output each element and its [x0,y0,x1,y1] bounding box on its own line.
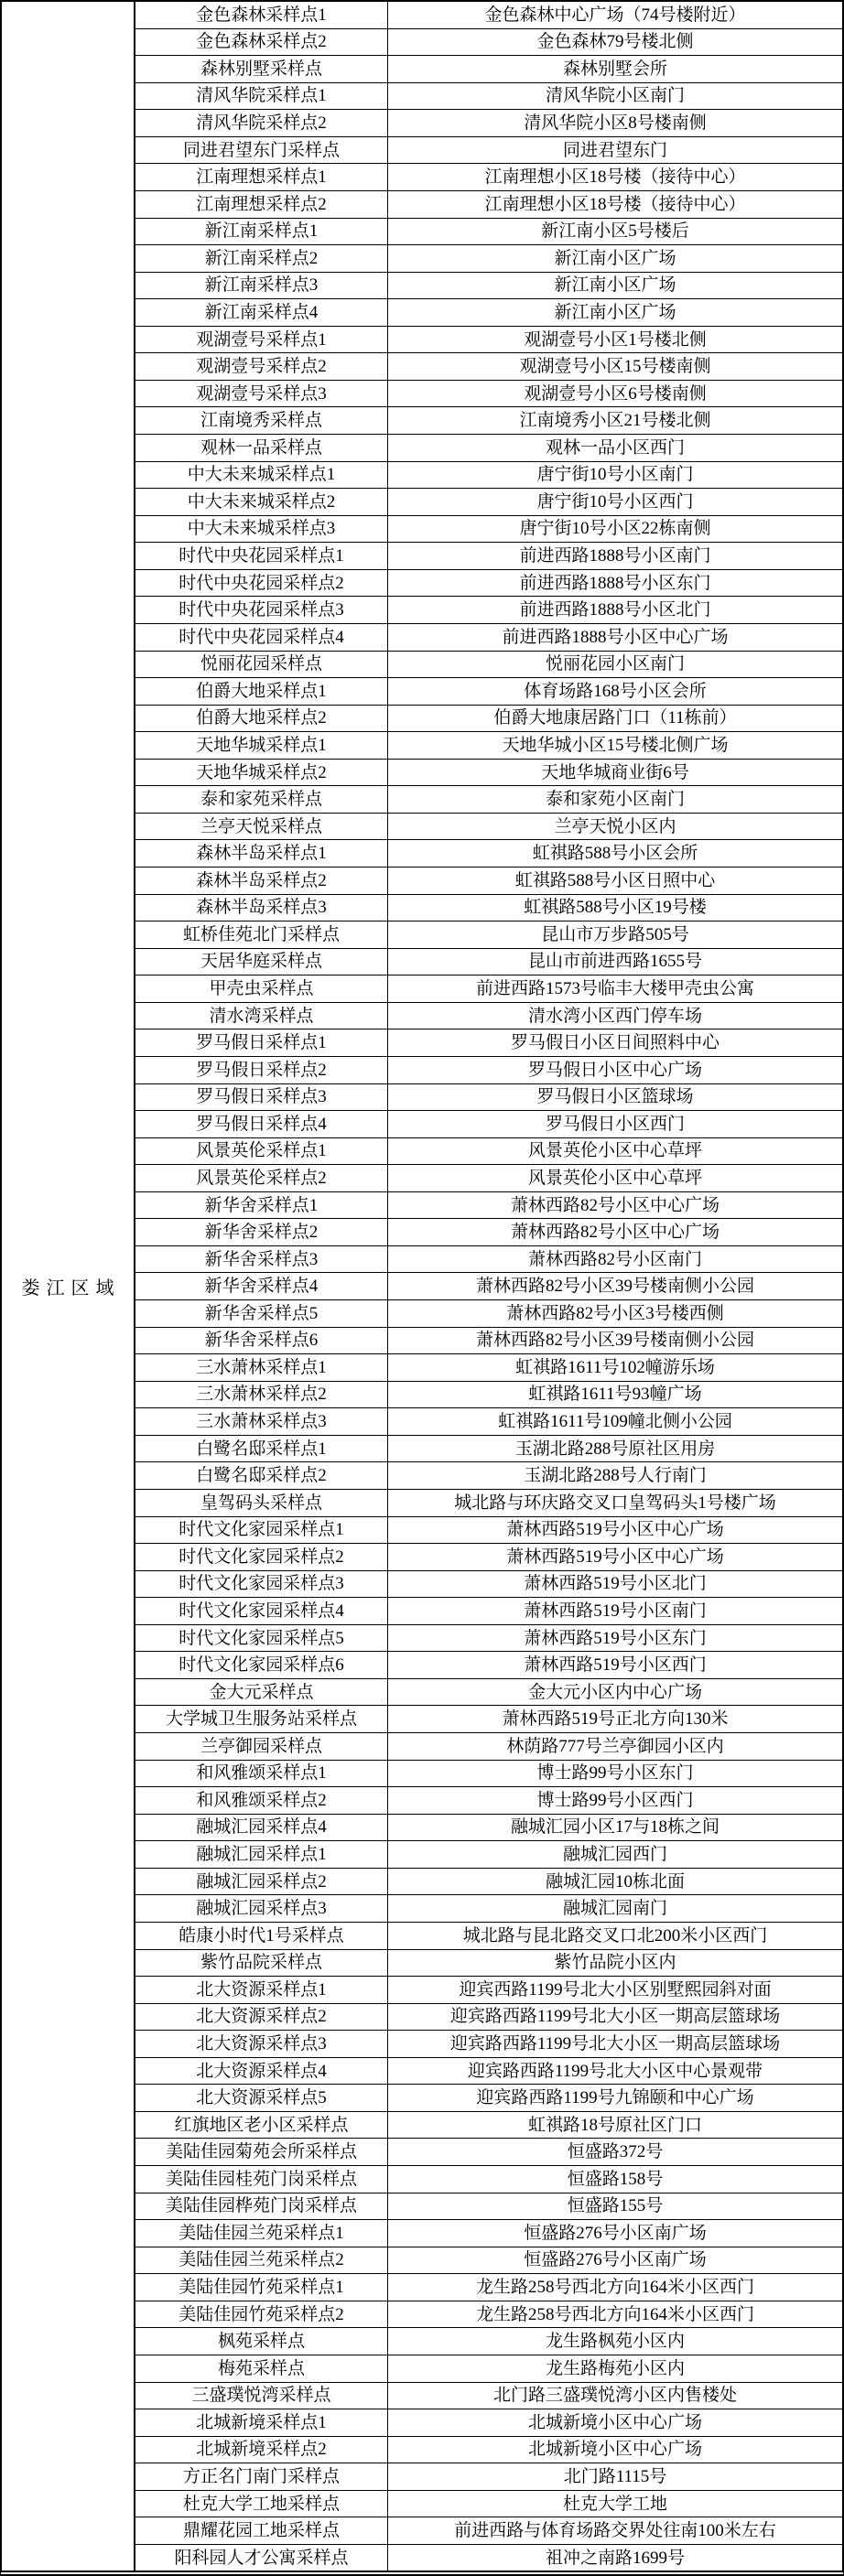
table-row: 融城汇园采样点1 融城汇园西门 [135,1841,842,1869]
table-row: 三水萧林采样点1 虹祺路1611号102幢游乐场 [135,1354,842,1382]
site-name-cell: 新华舍采样点6 [135,1328,388,1354]
region-cell: 娄江区域 [2,2,135,2571]
site-name-cell: 融城汇园采样点3 [135,1895,388,1922]
table-row: 时代文化家园采样点2 萧林西路519号小区中心广场 [135,1544,842,1571]
site-name-cell: 伯爵大地采样点2 [135,706,388,732]
table-row: 大学城卫生服务站采样点 萧林西路519号正北方向130米 [135,1706,842,1733]
site-name-cell: 北城新境采样点2 [135,2437,388,2463]
site-address-cell: 金色森林中心广场（74号楼附近） [388,2,842,28]
site-address-cell: 罗马假日小区日间照料中心 [388,1029,842,1056]
site-name-cell: 风景英伦采样点2 [135,1165,388,1191]
table-row: 紫竹品院采样点 紫竹品院小区内 [135,1950,842,1978]
sampling-points-table: 娄江区域 金色森林采样点1 金色森林中心广场（74号楼附近） 金色森林采样点2 … [0,0,844,2576]
site-address-cell: 萧林西路519号小区南门 [388,1598,842,1624]
site-address-cell: 萧林西路82号小区南门 [388,1246,842,1273]
site-address-cell: 虹祺路1611号109幢北侧小公园 [388,1408,842,1435]
site-address-cell: 清水湾小区西门停车场 [388,1003,842,1029]
site-address-cell: 森林别墅会所 [388,56,842,82]
table-row: 天居华庭采样点 昆山市前进西路1655号 [135,949,842,976]
table-row: 泰和家苑采样点 泰和家苑小区南门 [135,786,842,814]
table-row: 新江南采样点1 新江南小区5号楼后 [135,219,842,246]
table-row: 新华舍采样点5 萧林西路82号小区3号楼西侧 [135,1300,842,1328]
table-row: 虹桥佳苑北门采样点 昆山市万步路505号 [135,922,842,949]
site-address-cell: 博士路99号小区东门 [388,1761,842,1787]
site-address-cell: 金色森林79号楼北侧 [388,29,842,56]
site-name-cell: 美陆佳园桂苑门岗采样点 [135,2166,388,2193]
table-row: 北城新境采样点2 北城新境小区中心广场 [135,2437,842,2464]
site-name-cell: 江南理想采样点1 [135,164,388,190]
site-address-cell: 博士路99号小区西门 [388,1787,842,1814]
site-name-cell: 金大元采样点 [135,1679,388,1706]
table-row: 红旗地区老小区采样点 虹祺路18号原社区门口 [135,2112,842,2139]
site-name-cell: 三盛璞悦湾采样点 [135,2383,388,2409]
table-row: 美陆佳园竹苑采样点1 龙生路258号西北方向164米小区西门 [135,2274,842,2301]
site-name-cell: 悦丽花园采样点 [135,652,388,678]
site-name-cell: 观湖壹号采样点2 [135,353,388,380]
site-name-cell: 新华舍采样点4 [135,1273,388,1299]
site-name-cell: 兰亭天悦采样点 [135,814,388,840]
site-address-cell: 恒盛路158号 [388,2166,842,2193]
site-address-cell: 城北路与昆北路交叉口北200米小区西门 [388,1923,842,1949]
site-name-cell: 虹桥佳苑北门采样点 [135,922,388,948]
table-row: 皓康小时代1号采样点 城北路与昆北路交叉口北200米小区西门 [135,1923,842,1950]
table-row: 森林半岛采样点1 虹祺路588号小区会所 [135,840,842,868]
site-address-cell: 风景英伦小区中心草坪 [388,1165,842,1191]
table-row: 森林半岛采样点2 虹祺路588号小区日照中心 [135,868,842,895]
region-label: 娄江区域 [16,1273,121,1299]
site-name-cell: 白鹭名邸采样点2 [135,1462,388,1489]
table-row: 时代文化家园采样点4 萧林西路519号小区南门 [135,1598,842,1625]
site-name-cell: 清水湾采样点 [135,1003,388,1029]
site-name-cell: 江南理想采样点2 [135,191,388,218]
table-row: 美陆佳园兰苑采样点1 恒盛路276号小区南广场 [135,2220,842,2247]
site-name-cell: 江南境秀采样点 [135,407,388,434]
site-address-cell: 萧林西路519号小区中心广场 [388,1517,842,1544]
site-address-cell: 昆山市万步路505号 [388,922,842,948]
table-row: 罗马假日采样点3 罗马假日小区篮球场 [135,1084,842,1112]
site-name-cell: 北大资源采样点3 [135,2031,388,2057]
site-address-cell: 龙生路258号西北方向164米小区西门 [388,2274,842,2301]
table-row: 新江南采样点3 新江南小区广场 [135,273,842,300]
site-address-cell: 萧林西路82号小区3号楼西侧 [388,1300,842,1327]
table-row: 杜克大学工地采样点 杜克大学工地 [135,2491,842,2518]
table-row: 罗马假日采样点1 罗马假日小区日间照料中心 [135,1029,842,1057]
site-name-cell: 天地华城采样点2 [135,760,388,786]
table-row: 白鹭名邸采样点2 玉湖北路288号人行南门 [135,1462,842,1490]
site-name-cell: 三水萧林采样点1 [135,1354,388,1381]
table-row: 观湖壹号采样点3 观湖壹号小区6号楼南侧 [135,381,842,408]
site-name-cell: 罗马假日采样点4 [135,1111,388,1137]
site-address-cell: 前进西路1573号临丰大楼甲壳虫公寓 [388,975,842,1002]
site-name-cell: 时代文化家园采样点5 [135,1625,388,1652]
table-row: 融城汇园采样点2 融城汇园10栋北面 [135,1869,842,1896]
table-row: 兰亭天悦采样点 兰亭天悦小区内 [135,814,842,841]
site-name-cell: 美陆佳园兰苑采样点1 [135,2220,388,2247]
site-address-cell: 前进西路与体育场路交界处往南100米左右 [388,2517,842,2544]
site-name-cell: 新华舍采样点3 [135,1246,388,1273]
site-address-cell: 恒盛路372号 [388,2139,842,2165]
site-name-cell: 融城汇园采样点1 [135,1841,388,1868]
site-name-cell: 新江南采样点4 [135,299,388,326]
site-address-cell: 北门路三盛璞悦湾小区内售楼处 [388,2383,842,2409]
table-row: 新华舍采样点1 萧林西路82号小区中心广场 [135,1192,842,1220]
table-row: 森林别墅采样点 森林别墅会所 [135,56,842,83]
site-name-cell: 方正名门南门采样点 [135,2463,388,2490]
table-row: 中大未来城采样点3 唐宁街10号小区22栋南侧 [135,516,842,544]
site-address-cell: 杜克大学工地 [388,2491,842,2517]
table-row: 罗马假日采样点4 罗马假日小区西门 [135,1111,842,1138]
table-row: 天地华城采样点2 天地华城商业街6号 [135,760,842,787]
site-name-cell: 红旗地区老小区采样点 [135,2112,388,2139]
table-row: 时代文化家园采样点6 萧林西路519号小区西门 [135,1652,842,1679]
site-address-cell: 迎宾路西路1199号北大小区中心景观带 [388,2058,842,2085]
site-name-cell: 时代文化家园采样点6 [135,1652,388,1678]
site-address-cell: 观湖壹号小区6号楼南侧 [388,381,842,407]
table-row: 天地华城采样点1 天地华城小区15号楼北侧广场 [135,732,842,760]
table-row: 时代文化家园采样点1 萧林西路519号小区中心广场 [135,1517,842,1545]
site-name-cell: 时代中央花园采样点3 [135,597,388,623]
site-address-cell: 金大元小区内中心广场 [388,1679,842,1706]
table-row: 罗马假日采样点2 罗马假日小区中心广场 [135,1057,842,1084]
table-row: 三盛璞悦湾采样点 北门路三盛璞悦湾小区内售楼处 [135,2383,842,2410]
table-row: 美陆佳园兰苑采样点2 恒盛路276号小区南广场 [135,2247,842,2275]
site-address-cell: 天地华城小区15号楼北侧广场 [388,732,842,759]
site-name-cell: 白鹭名邸采样点1 [135,1436,388,1462]
site-address-cell: 同进君望东门 [388,137,842,164]
table-row: 新江南采样点2 新江南小区广场 [135,245,842,273]
site-address-cell: 虹祺路588号小区日照中心 [388,868,842,894]
table-row: 北大资源采样点2 迎宾路西路1199号北大小区一期高层篮球场 [135,2004,842,2032]
site-address-cell: 泰和家苑小区南门 [388,786,842,813]
site-name-cell: 美陆佳园菊苑会所采样点 [135,2139,388,2165]
site-address-cell: 风景英伦小区中心草坪 [388,1138,842,1165]
site-name-cell: 枫苑采样点 [135,2328,388,2355]
site-address-cell: 龙生路枫苑小区内 [388,2328,842,2355]
table-row: 时代中央花园采样点4 前进西路1888号小区中心广场 [135,624,842,652]
site-address-cell: 伯爵大地康居路门口（11栋前） [388,706,842,732]
site-name-cell: 罗马假日采样点3 [135,1084,388,1111]
site-address-cell: 罗马假日小区篮球场 [388,1084,842,1111]
site-address-cell: 清风华院小区8号楼南侧 [388,110,842,136]
site-address-cell: 萧林西路519号小区西门 [388,1652,842,1678]
site-address-cell: 萧林西路82号小区39号楼南侧小公园 [388,1328,842,1354]
site-name-cell: 鼎耀花园工地采样点 [135,2517,388,2544]
site-name-cell: 罗马假日采样点2 [135,1057,388,1083]
site-name-cell: 新华舍采样点1 [135,1192,388,1219]
table-row: 金色森林采样点1 金色森林中心广场（74号楼附近） [135,2,842,29]
site-address-cell: 江南理想小区18号楼（接待中心） [388,191,842,218]
table-row: 新华舍采样点3 萧林西路82号小区南门 [135,1246,842,1274]
site-name-cell: 时代文化家园采样点2 [135,1544,388,1570]
site-name-cell: 美陆佳园竹苑采样点1 [135,2274,388,2301]
site-address-cell: 新江南小区广场 [388,299,842,326]
site-name-cell: 融城汇园采样点2 [135,1869,388,1895]
site-address-cell: 林荫路777号兰亭御园小区内 [388,1733,842,1760]
site-name-cell: 三水萧林采样点2 [135,1382,388,1408]
site-address-cell: 萧林西路82号小区中心广场 [388,1192,842,1219]
site-address-cell: 兰亭天悦小区内 [388,814,842,840]
table-row: 同进君望东门采样点 同进君望东门 [135,137,842,165]
site-name-cell: 北大资源采样点2 [135,2004,388,2031]
table-row: 三水萧林采样点3 虹祺路1611号109幢北侧小公园 [135,1408,842,1436]
site-name-cell: 时代中央花园采样点2 [135,570,388,597]
site-address-cell: 虹祺路588号小区会所 [388,840,842,867]
table-row: 中大未来城采样点1 唐宁街10号小区南门 [135,462,842,490]
table-row: 兰亭御园采样点 林荫路777号兰亭御园小区内 [135,1733,842,1761]
site-name-cell: 美陆佳园桦苑门岗采样点 [135,2193,388,2220]
site-address-cell: 清风华院小区南门 [388,83,842,110]
table-row: 新华舍采样点6 萧林西路82号小区39号楼南侧小公园 [135,1328,842,1355]
site-address-cell: 天地华城商业街6号 [388,760,842,786]
site-name-cell: 和风雅颂采样点2 [135,1787,388,1814]
table-row: 美陆佳园桂苑门岗采样点 恒盛路158号 [135,2166,842,2193]
site-name-cell: 伯爵大地采样点1 [135,678,388,705]
site-address-cell: 新江南小区5号楼后 [388,219,842,245]
site-name-cell: 时代文化家园采样点3 [135,1571,388,1598]
table-row: 清风华院采样点1 清风华院小区南门 [135,83,842,111]
table-row: 融城汇园采样点4 融城汇园小区17与18栋之间 [135,1815,842,1842]
site-address-cell: 萧林西路519号小区北门 [388,1571,842,1598]
site-address-cell: 新江南小区广场 [388,245,842,272]
table-row: 枫苑采样点 龙生路枫苑小区内 [135,2328,842,2355]
site-name-cell: 时代中央花园采样点1 [135,543,388,569]
site-name-cell: 中大未来城采样点1 [135,462,388,489]
table-row: 北大资源采样点5 迎宾路西路1199号九锦颐和中心广场 [135,2085,842,2112]
site-address-cell: 龙生路258号西北方向164米小区西门 [388,2301,842,2328]
site-address-cell: 观林一品小区西门 [388,435,842,461]
site-name-cell: 观林一品采样点 [135,435,388,461]
table-row: 美陆佳园竹苑采样点2 龙生路258号西北方向164米小区西门 [135,2301,842,2329]
site-name-cell: 兰亭御园采样点 [135,1733,388,1760]
rows-container: 金色森林采样点1 金色森林中心广场（74号楼附近） 金色森林采样点2 金色森林7… [135,2,842,2571]
site-name-cell: 森林半岛采样点3 [135,895,388,922]
table-row: 皇驾码头采样点 城北路与环庆路交叉口皇驾码头1号楼广场 [135,1490,842,1517]
site-address-cell: 罗马假日小区西门 [388,1111,842,1137]
table-row: 和风雅颂采样点2 博士路99号小区西门 [135,1787,842,1815]
table-row: 时代文化家园采样点3 萧林西路519号小区北门 [135,1571,842,1599]
site-name-cell: 泰和家苑采样点 [135,786,388,813]
site-address-cell: 萧林西路519号正北方向130米 [388,1706,842,1732]
site-address-cell: 迎宾路西路1199号北大小区一期高层篮球场 [388,2004,842,2031]
table-row: 甲壳虫采样点 前进西路1573号临丰大楼甲壳虫公寓 [135,975,842,1003]
site-name-cell: 森林半岛采样点2 [135,868,388,894]
table-row: 梅苑采样点 龙生路梅苑小区内 [135,2355,842,2383]
site-name-cell: 美陆佳园兰苑采样点2 [135,2247,388,2274]
site-address-cell: 体育场路168号小区会所 [388,678,842,705]
site-address-cell: 前进西路1888号小区中心广场 [388,624,842,651]
site-address-cell: 城北路与环庆路交叉口皇驾码头1号楼广场 [388,1490,842,1516]
site-address-cell: 融城汇园西门 [388,1841,842,1868]
site-name-cell: 观湖壹号采样点3 [135,381,388,407]
table-row: 观林一品采样点 观林一品小区西门 [135,435,842,462]
site-name-cell: 融城汇园采样点4 [135,1815,388,1841]
site-name-cell: 美陆佳园竹苑采样点2 [135,2301,388,2328]
site-address-cell: 江南境秀小区21号楼北侧 [388,407,842,434]
table-row: 金色森林采样点2 金色森林79号楼北侧 [135,29,842,57]
site-name-cell: 北城新境采样点1 [135,2409,388,2436]
table-row: 时代中央花园采样点1 前进西路1888号小区南门 [135,543,842,570]
site-address-cell: 融城汇园小区17与18栋之间 [388,1815,842,1841]
site-name-cell: 时代文化家园采样点4 [135,1598,388,1624]
table-row: 时代文化家园采样点5 萧林西路519号小区东门 [135,1625,842,1653]
table-row: 方正名门南门采样点 北门路1115号 [135,2463,842,2491]
site-address-cell: 恒盛路276号小区南广场 [388,2220,842,2247]
site-address-cell: 前进西路1888号小区南门 [388,543,842,569]
site-name-cell: 北大资源采样点5 [135,2085,388,2111]
site-name-cell: 和风雅颂采样点1 [135,1761,388,1787]
site-name-cell: 森林别墅采样点 [135,56,388,82]
table-row: 北大资源采样点1 迎宾西路1199号北大小区别墅熙园斜对面 [135,1977,842,2004]
site-address-cell: 融城汇园南门 [388,1895,842,1922]
table-row: 北大资源采样点3 迎宾路西路1199号北大小区一期高层篮球场 [135,2031,842,2058]
site-name-cell: 皇驾码头采样点 [135,1490,388,1516]
site-name-cell: 天地华城采样点1 [135,732,388,759]
site-address-cell: 融城汇园10栋北面 [388,1869,842,1895]
table-row: 新华舍采样点4 萧林西路82号小区39号楼南侧小公园 [135,1273,842,1300]
table-row: 观湖壹号采样点1 观湖壹号小区1号楼北侧 [135,327,842,354]
table-row: 清风华院采样点2 清风华院小区8号楼南侧 [135,110,842,137]
table-row: 和风雅颂采样点1 博士路99号小区东门 [135,1761,842,1788]
site-address-cell: 观湖壹号小区1号楼北侧 [388,327,842,353]
site-name-cell: 三水萧林采样点3 [135,1408,388,1435]
site-name-cell: 新江南采样点2 [135,245,388,272]
site-address-cell: 恒盛路155号 [388,2193,842,2220]
site-name-cell: 北大资源采样点4 [135,2058,388,2085]
site-name-cell: 新华舍采样点2 [135,1219,388,1245]
site-address-cell: 昆山市前进西路1655号 [388,949,842,975]
site-address-cell: 新江南小区广场 [388,273,842,299]
site-name-cell: 新江南采样点3 [135,273,388,299]
site-address-cell: 迎宾路西路1199号九锦颐和中心广场 [388,2085,842,2111]
site-address-cell: 虹祺路1611号93幢广场 [388,1382,842,1408]
site-name-cell: 大学城卫生服务站采样点 [135,1706,388,1732]
site-name-cell: 皓康小时代1号采样点 [135,1923,388,1949]
site-address-cell: 祖冲之南路1699号 [388,2545,842,2571]
site-address-cell: 迎宾西路1199号北大小区别墅熙园斜对面 [388,1977,842,2003]
table-row: 观湖壹号采样点2 观湖壹号小区15号楼南侧 [135,353,842,381]
table-row: 时代中央花园采样点3 前进西路1888号小区北门 [135,597,842,624]
site-address-cell: 虹祺路1611号102幢游乐场 [388,1354,842,1381]
table-row: 金大元采样点 金大元小区内中心广场 [135,1679,842,1707]
table-row: 悦丽花园采样点 悦丽花园小区南门 [135,652,842,679]
site-address-cell: 观湖壹号小区15号楼南侧 [388,353,842,380]
site-address-cell: 萧林西路519号小区中心广场 [388,1544,842,1570]
site-address-cell: 北城新境小区中心广场 [388,2437,842,2463]
site-address-cell: 悦丽花园小区南门 [388,652,842,678]
site-address-cell: 虹祺路18号原社区门口 [388,2112,842,2139]
site-address-cell: 紫竹品院小区内 [388,1950,842,1977]
site-name-cell: 罗马假日采样点1 [135,1029,388,1056]
site-address-cell: 迎宾路西路1199号北大小区一期高层篮球场 [388,2031,842,2057]
site-name-cell: 清风华院采样点1 [135,83,388,110]
table-row: 江南理想采样点2 江南理想小区18号楼（接待中心） [135,191,842,219]
table-row: 中大未来城采样点2 唐宁街10号小区西门 [135,489,842,516]
site-address-cell: 萧林西路82号小区中心广场 [388,1219,842,1245]
site-name-cell: 紫竹品院采样点 [135,1950,388,1977]
table-row: 三水萧林采样点2 虹祺路1611号93幢广场 [135,1382,842,1409]
site-address-cell: 罗马假日小区中心广场 [388,1057,842,1083]
site-name-cell: 观湖壹号采样点1 [135,327,388,353]
site-address-cell: 虹祺路588号小区19号楼 [388,895,842,922]
table-row: 美陆佳园桦苑门岗采样点 恒盛路155号 [135,2193,842,2221]
site-address-cell: 前进西路1888号小区东门 [388,570,842,597]
site-name-cell: 北大资源采样点1 [135,1977,388,2003]
site-name-cell: 新华舍采样点5 [135,1300,388,1327]
table-row: 北大资源采样点4 迎宾路西路1199号北大小区中心景观带 [135,2058,842,2086]
table-row: 美陆佳园菊苑会所采样点 恒盛路372号 [135,2139,842,2166]
site-address-cell: 恒盛路276号小区南广场 [388,2247,842,2274]
site-name-cell: 天居华庭采样点 [135,949,388,975]
site-address-cell: 玉湖北路288号原社区用房 [388,1436,842,1462]
site-name-cell: 清风华院采样点2 [135,110,388,136]
site-address-cell: 龙生路梅苑小区内 [388,2355,842,2382]
site-address-cell: 萧林西路519号小区东门 [388,1625,842,1652]
site-name-cell: 甲壳虫采样点 [135,975,388,1002]
site-address-cell: 玉湖北路288号人行南门 [388,1462,842,1489]
site-name-cell: 时代中央花园采样点4 [135,624,388,651]
site-name-cell: 森林半岛采样点1 [135,840,388,867]
site-address-cell: 唐宁街10号小区西门 [388,489,842,515]
site-address-cell: 北门路1115号 [388,2463,842,2490]
site-address-cell: 唐宁街10号小区南门 [388,462,842,489]
table-row: 白鹭名邸采样点1 玉湖北路288号原社区用房 [135,1436,842,1463]
table-row: 鼎耀花园工地采样点 前进西路与体育场路交界处往南100米左右 [135,2517,842,2545]
table-row: 森林半岛采样点3 虹祺路588号小区19号楼 [135,895,842,922]
site-name-cell: 中大未来城采样点2 [135,489,388,515]
site-address-cell: 江南理想小区18号楼（接待中心） [388,164,842,190]
table-row: 阳科园人才公寓采样点 祖冲之南路1699号 [135,2545,842,2571]
table-row: 风景英伦采样点1 风景英伦小区中心草坪 [135,1138,842,1166]
site-name-cell: 梅苑采样点 [135,2355,388,2382]
site-name-cell: 金色森林采样点2 [135,29,388,56]
table-row: 江南理想采样点1 江南理想小区18号楼（接待中心） [135,164,842,191]
table-row: 伯爵大地采样点2 伯爵大地康居路门口（11栋前） [135,706,842,733]
site-name-cell: 新江南采样点1 [135,219,388,245]
site-name-cell: 杜克大学工地采样点 [135,2491,388,2517]
site-name-cell: 中大未来城采样点3 [135,516,388,543]
table-row: 清水湾采样点 清水湾小区西门停车场 [135,1003,842,1030]
site-address-cell: 唐宁街10号小区22栋南侧 [388,516,842,543]
site-address-cell: 北城新境小区中心广场 [388,2409,842,2436]
site-name-cell: 同进君望东门采样点 [135,137,388,164]
table-row: 江南境秀采样点 江南境秀小区21号楼北侧 [135,407,842,435]
site-address-cell: 前进西路1888号小区北门 [388,597,842,623]
site-name-cell: 时代文化家园采样点1 [135,1517,388,1544]
table-row: 新华舍采样点2 萧林西路82号小区中心广场 [135,1219,842,1246]
table-row: 时代中央花园采样点2 前进西路1888号小区东门 [135,570,842,598]
table-row: 融城汇园采样点3 融城汇园南门 [135,1895,842,1923]
site-name-cell: 金色森林采样点1 [135,2,388,28]
table-row: 北城新境采样点1 北城新境小区中心广场 [135,2409,842,2437]
site-name-cell: 阳科园人才公寓采样点 [135,2545,388,2571]
site-name-cell: 风景英伦采样点1 [135,1138,388,1165]
site-address-cell: 萧林西路82号小区39号楼南侧小公园 [388,1273,842,1299]
table-row: 风景英伦采样点2 风景英伦小区中心草坪 [135,1165,842,1192]
table-row: 新江南采样点4 新江南小区广场 [135,299,842,327]
table-row: 伯爵大地采样点1 体育场路168号小区会所 [135,678,842,706]
